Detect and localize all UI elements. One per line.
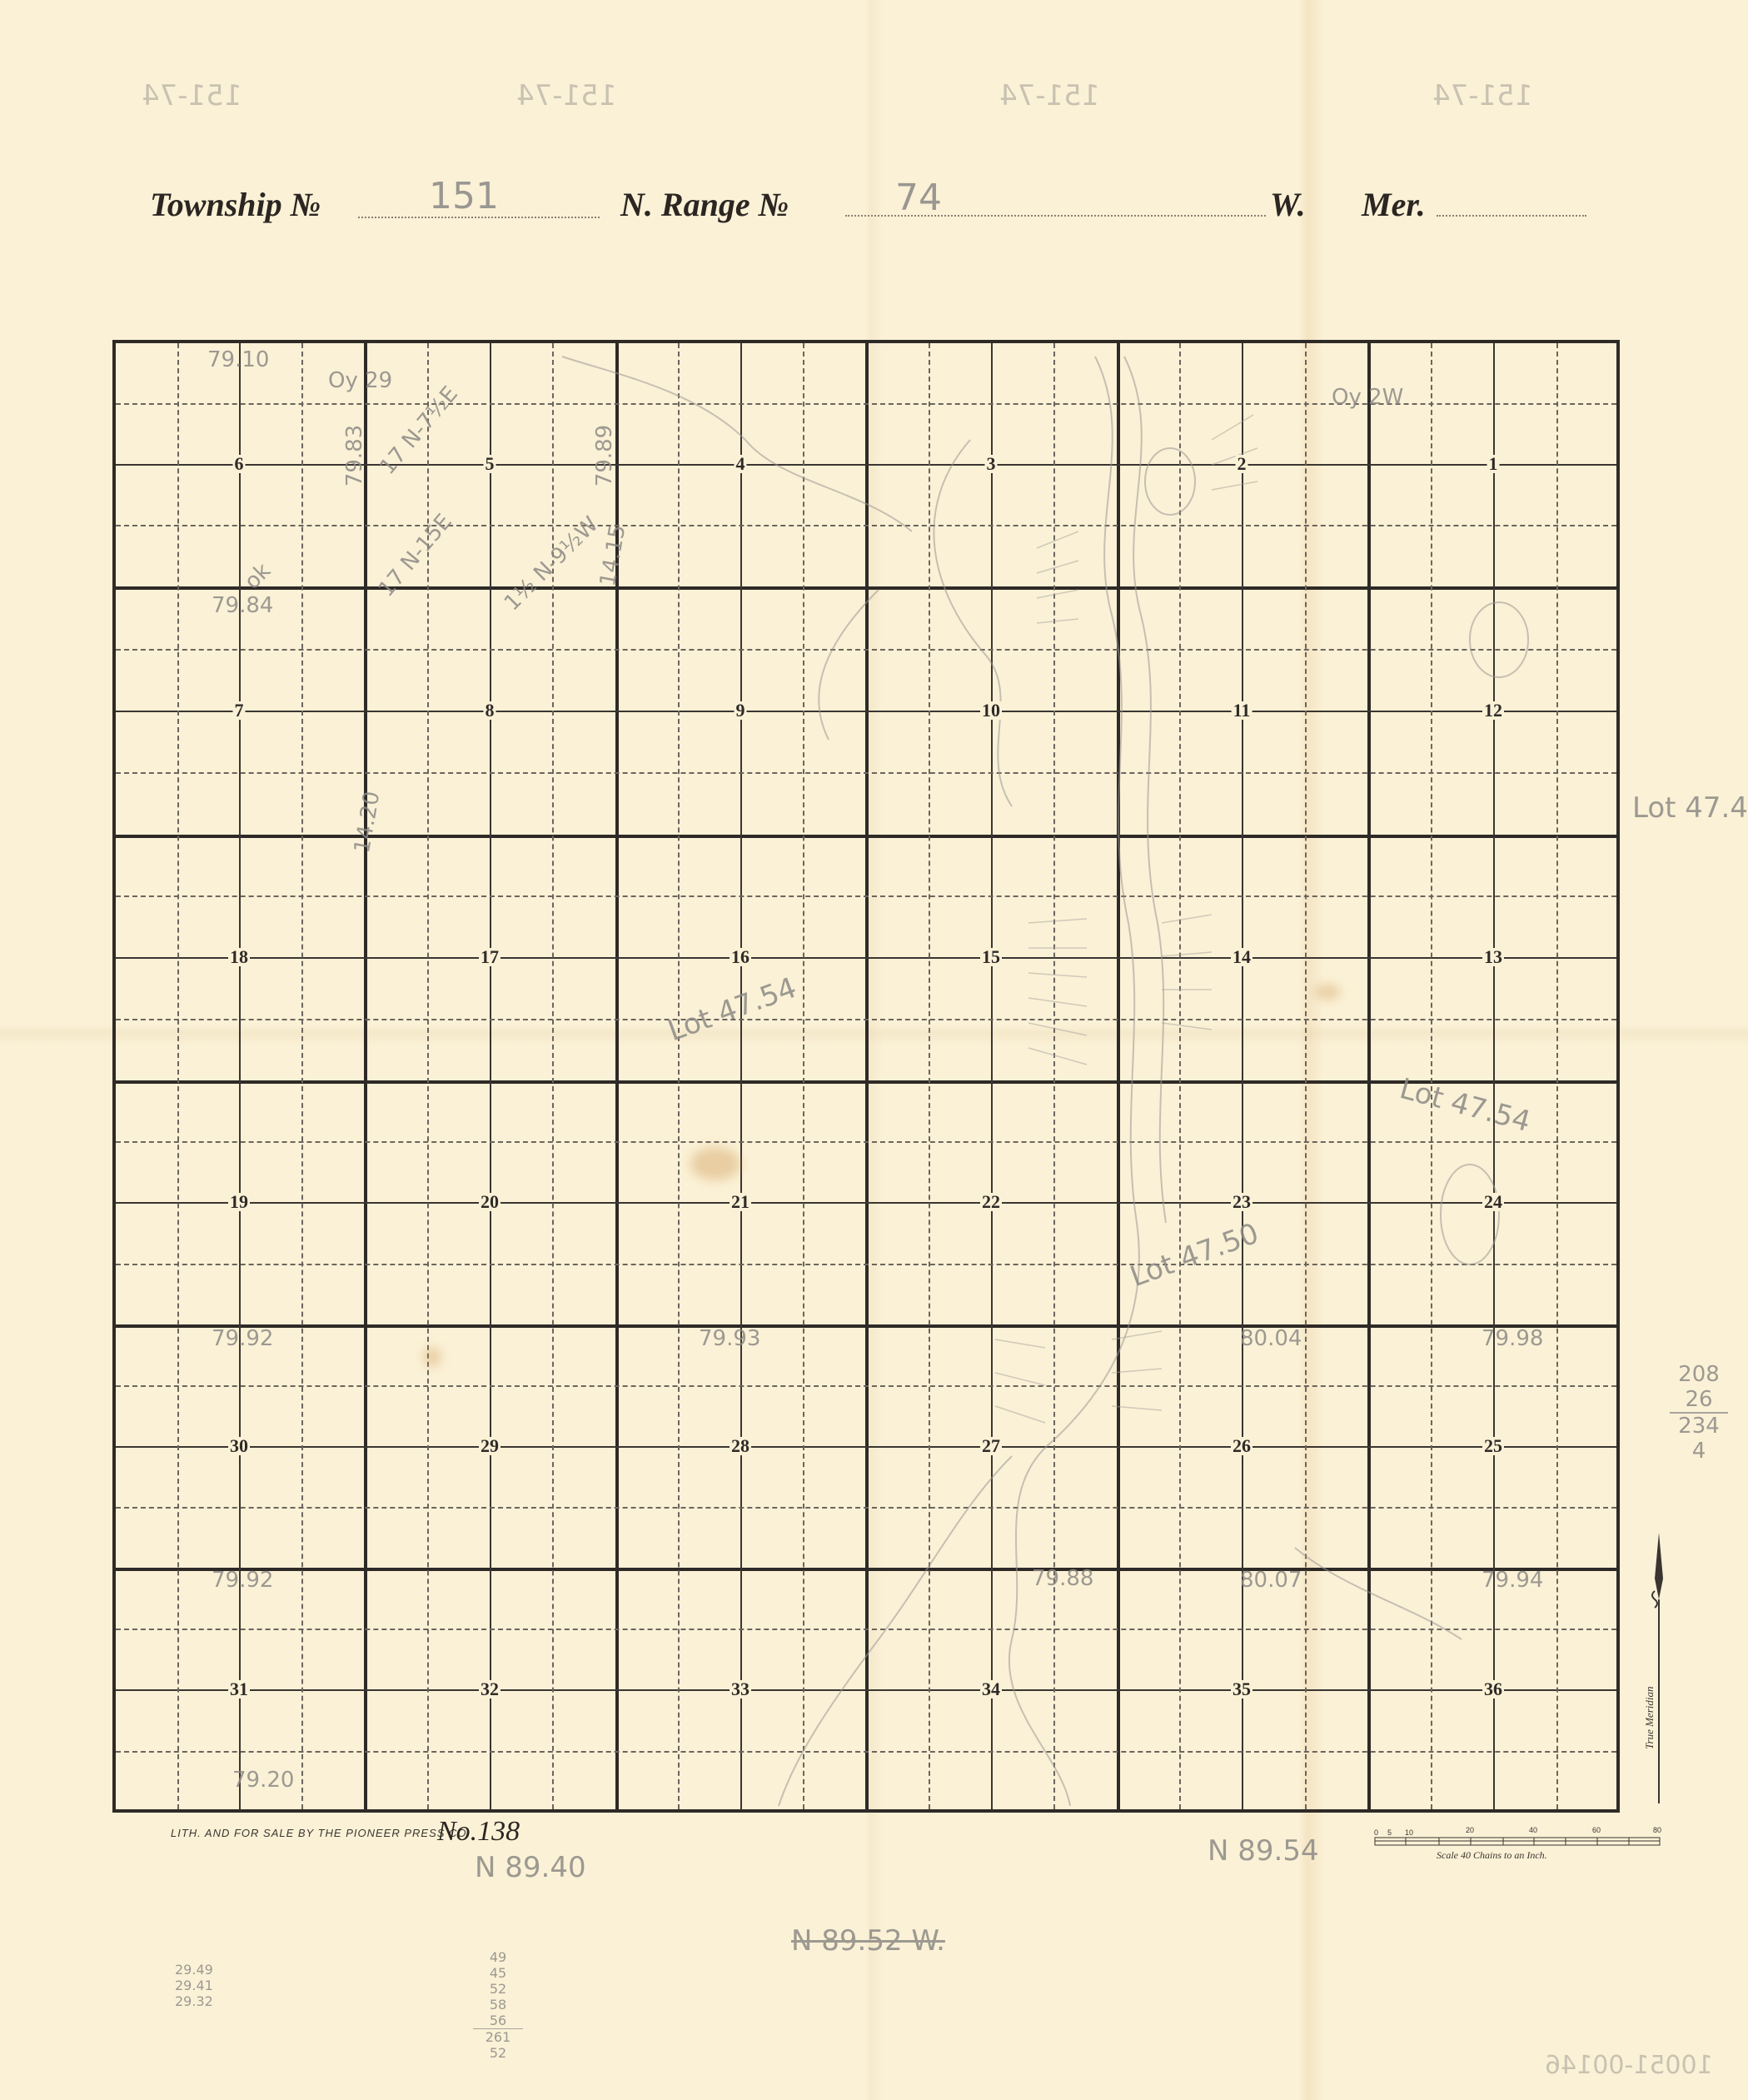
half-line xyxy=(116,1202,1616,1204)
corner-mark: 79.84 xyxy=(212,593,273,618)
bleed-mark: 151-74 xyxy=(999,79,1099,112)
section-number: 15 xyxy=(980,948,1002,966)
scale-tick: 10 xyxy=(1405,1828,1413,1837)
section-number: 13 xyxy=(1482,948,1504,966)
margin-sum: 208 26 234 4 xyxy=(1670,1362,1728,1464)
township-grid: 6 5 4 3 2 1 7 8 9 10 11 12 18 17 16 15 1… xyxy=(112,340,1620,1813)
section-number: 6 xyxy=(233,455,246,473)
section-number: 24 xyxy=(1482,1193,1504,1211)
section-number: 33 xyxy=(730,1680,751,1698)
corner-mark: 79.92 xyxy=(212,1568,273,1593)
line-note: Oy 29 xyxy=(328,368,392,393)
meridian-label: Mer. xyxy=(1362,185,1426,224)
scale-tick: 60 xyxy=(1592,1826,1601,1834)
sum-line: 58 xyxy=(473,1997,523,2013)
archive-stamp: 10051-00146 xyxy=(1545,2051,1713,2080)
sum-line: 52 xyxy=(473,2045,523,2061)
sum-line: 56 xyxy=(473,2013,523,2029)
corner-mark: 79.98 xyxy=(1482,1326,1543,1351)
section-number: 3 xyxy=(985,455,998,473)
sum-line: 26 xyxy=(1670,1387,1728,1414)
section-line xyxy=(116,1324,1616,1328)
number-line: 29.41 xyxy=(175,1978,213,1993)
pencil-bearing: N 89.40 xyxy=(475,1851,586,1884)
sum-line: 261 xyxy=(473,2029,523,2045)
section-number: 12 xyxy=(1482,701,1504,720)
meridian-dotline xyxy=(1437,215,1586,217)
meridian-label: True Meridian xyxy=(1643,1687,1656,1749)
direction-label: W. xyxy=(1270,185,1306,224)
section-number: 1 xyxy=(1487,455,1500,473)
half-line xyxy=(116,1446,1616,1448)
bleed-mark: 151-74 xyxy=(1432,79,1532,112)
scale-tick: 80 xyxy=(1653,1826,1661,1834)
section-number: 26 xyxy=(1231,1437,1252,1455)
section-number: 18 xyxy=(228,948,250,966)
pencil-bearing: N 89.54 xyxy=(1208,1834,1319,1868)
section-number: 27 xyxy=(980,1437,1002,1455)
line-note: Oy 2W xyxy=(1332,385,1403,410)
corner-mark: 80.04 xyxy=(1240,1326,1302,1351)
line-note: 14.20 xyxy=(350,790,385,855)
sum-line: 49 xyxy=(473,1949,523,1965)
bottom-left-numbers: 29.49 29.41 29.32 xyxy=(175,1962,213,2009)
scale-tick: 5 xyxy=(1387,1828,1392,1837)
section-number: 32 xyxy=(479,1680,500,1698)
scale-label: Scale 40 Chains to an Inch. xyxy=(1437,1849,1547,1862)
section-line xyxy=(1367,343,1371,1809)
half-line xyxy=(116,464,1616,466)
section-number: 35 xyxy=(1231,1680,1252,1698)
section-number: 11 xyxy=(1232,701,1252,720)
corner-mark: 79.92 xyxy=(212,1326,273,1351)
meridian-arrow-icon xyxy=(1645,1529,1670,1803)
number-line: 29.32 xyxy=(175,1993,213,2009)
section-number: 34 xyxy=(980,1680,1002,1698)
sum-line: 4 xyxy=(1670,1439,1728,1464)
half-line xyxy=(490,343,491,1809)
township-value: 151 xyxy=(429,175,499,217)
corner-mark: 79.20 xyxy=(232,1768,294,1793)
half-line xyxy=(116,957,1616,959)
range-label: N. Range № xyxy=(620,185,789,224)
section-number: 25 xyxy=(1482,1437,1504,1455)
half-line xyxy=(740,343,742,1809)
scale-tick: 20 xyxy=(1466,1826,1474,1834)
section-number: 19 xyxy=(228,1193,250,1211)
half-line xyxy=(991,343,993,1809)
section-number: 22 xyxy=(980,1193,1002,1211)
section-number: 14 xyxy=(1231,948,1252,966)
section-number: 21 xyxy=(730,1193,751,1211)
section-number: 29 xyxy=(479,1437,500,1455)
section-line xyxy=(364,343,367,1809)
bottom-sum: 49 45 52 58 56 261 52 xyxy=(473,1949,523,2061)
section-number: 10 xyxy=(980,701,1002,720)
scale-ruler xyxy=(1374,1837,1661,1847)
bleed-mark: 151-74 xyxy=(142,79,242,112)
struck-bearing: N 89.52 W. xyxy=(791,1924,945,1958)
section-number: 16 xyxy=(730,948,751,966)
lot-note: Lot 47.54 xyxy=(664,971,801,1049)
bleed-mark: 151-74 xyxy=(516,79,616,112)
scale-tick: 0 xyxy=(1374,1828,1378,1837)
scale-tick: 40 xyxy=(1529,1826,1537,1834)
section-number: 7 xyxy=(233,701,246,720)
section-number: 8 xyxy=(484,701,496,720)
section-line xyxy=(116,1080,1616,1084)
section-number: 17 xyxy=(479,948,500,966)
sum-line: 52 xyxy=(473,1981,523,1997)
plate-number: No.138 xyxy=(437,1816,520,1848)
section-line xyxy=(116,586,1616,590)
half-line xyxy=(116,1689,1616,1691)
corner-mark: 79.10 xyxy=(207,347,269,372)
section-line xyxy=(865,343,869,1809)
section-number: 9 xyxy=(735,701,747,720)
section-number: 2 xyxy=(1236,455,1248,473)
section-line xyxy=(116,1568,1616,1571)
section-number: 5 xyxy=(484,455,496,473)
sum-line: 208 xyxy=(1670,1362,1728,1387)
line-note: 14.15 xyxy=(595,523,630,589)
section-line xyxy=(1117,343,1120,1809)
corner-mark: 79.89 xyxy=(592,425,617,486)
section-line xyxy=(116,835,1616,838)
corner-mark: 80.07 xyxy=(1240,1568,1302,1593)
sum-line: 45 xyxy=(473,1965,523,1981)
lithographer-credit: LITH. AND FOR SALE BY THE PIONEER PRESS … xyxy=(171,1827,471,1839)
corner-mark: 79.93 xyxy=(699,1326,760,1351)
sum-line: 234 xyxy=(1670,1414,1728,1439)
section-number: 28 xyxy=(730,1437,751,1455)
section-number: 31 xyxy=(228,1680,250,1698)
corner-mark: 79.83 xyxy=(342,425,367,486)
section-number: 36 xyxy=(1482,1680,1504,1698)
township-label: Township № xyxy=(150,185,321,224)
section-number: 20 xyxy=(479,1193,500,1211)
number-line: 29.49 xyxy=(175,1962,213,1978)
section-number: 23 xyxy=(1231,1193,1252,1211)
range-value: 74 xyxy=(895,177,942,219)
section-number: 4 xyxy=(735,455,747,473)
corner-mark: 79.88 xyxy=(1032,1566,1093,1591)
margin-lot-note: Lot 47.49 xyxy=(1632,791,1748,825)
section-number: 30 xyxy=(228,1437,250,1455)
half-line xyxy=(116,711,1616,712)
corner-mark: 79.94 xyxy=(1482,1568,1543,1593)
